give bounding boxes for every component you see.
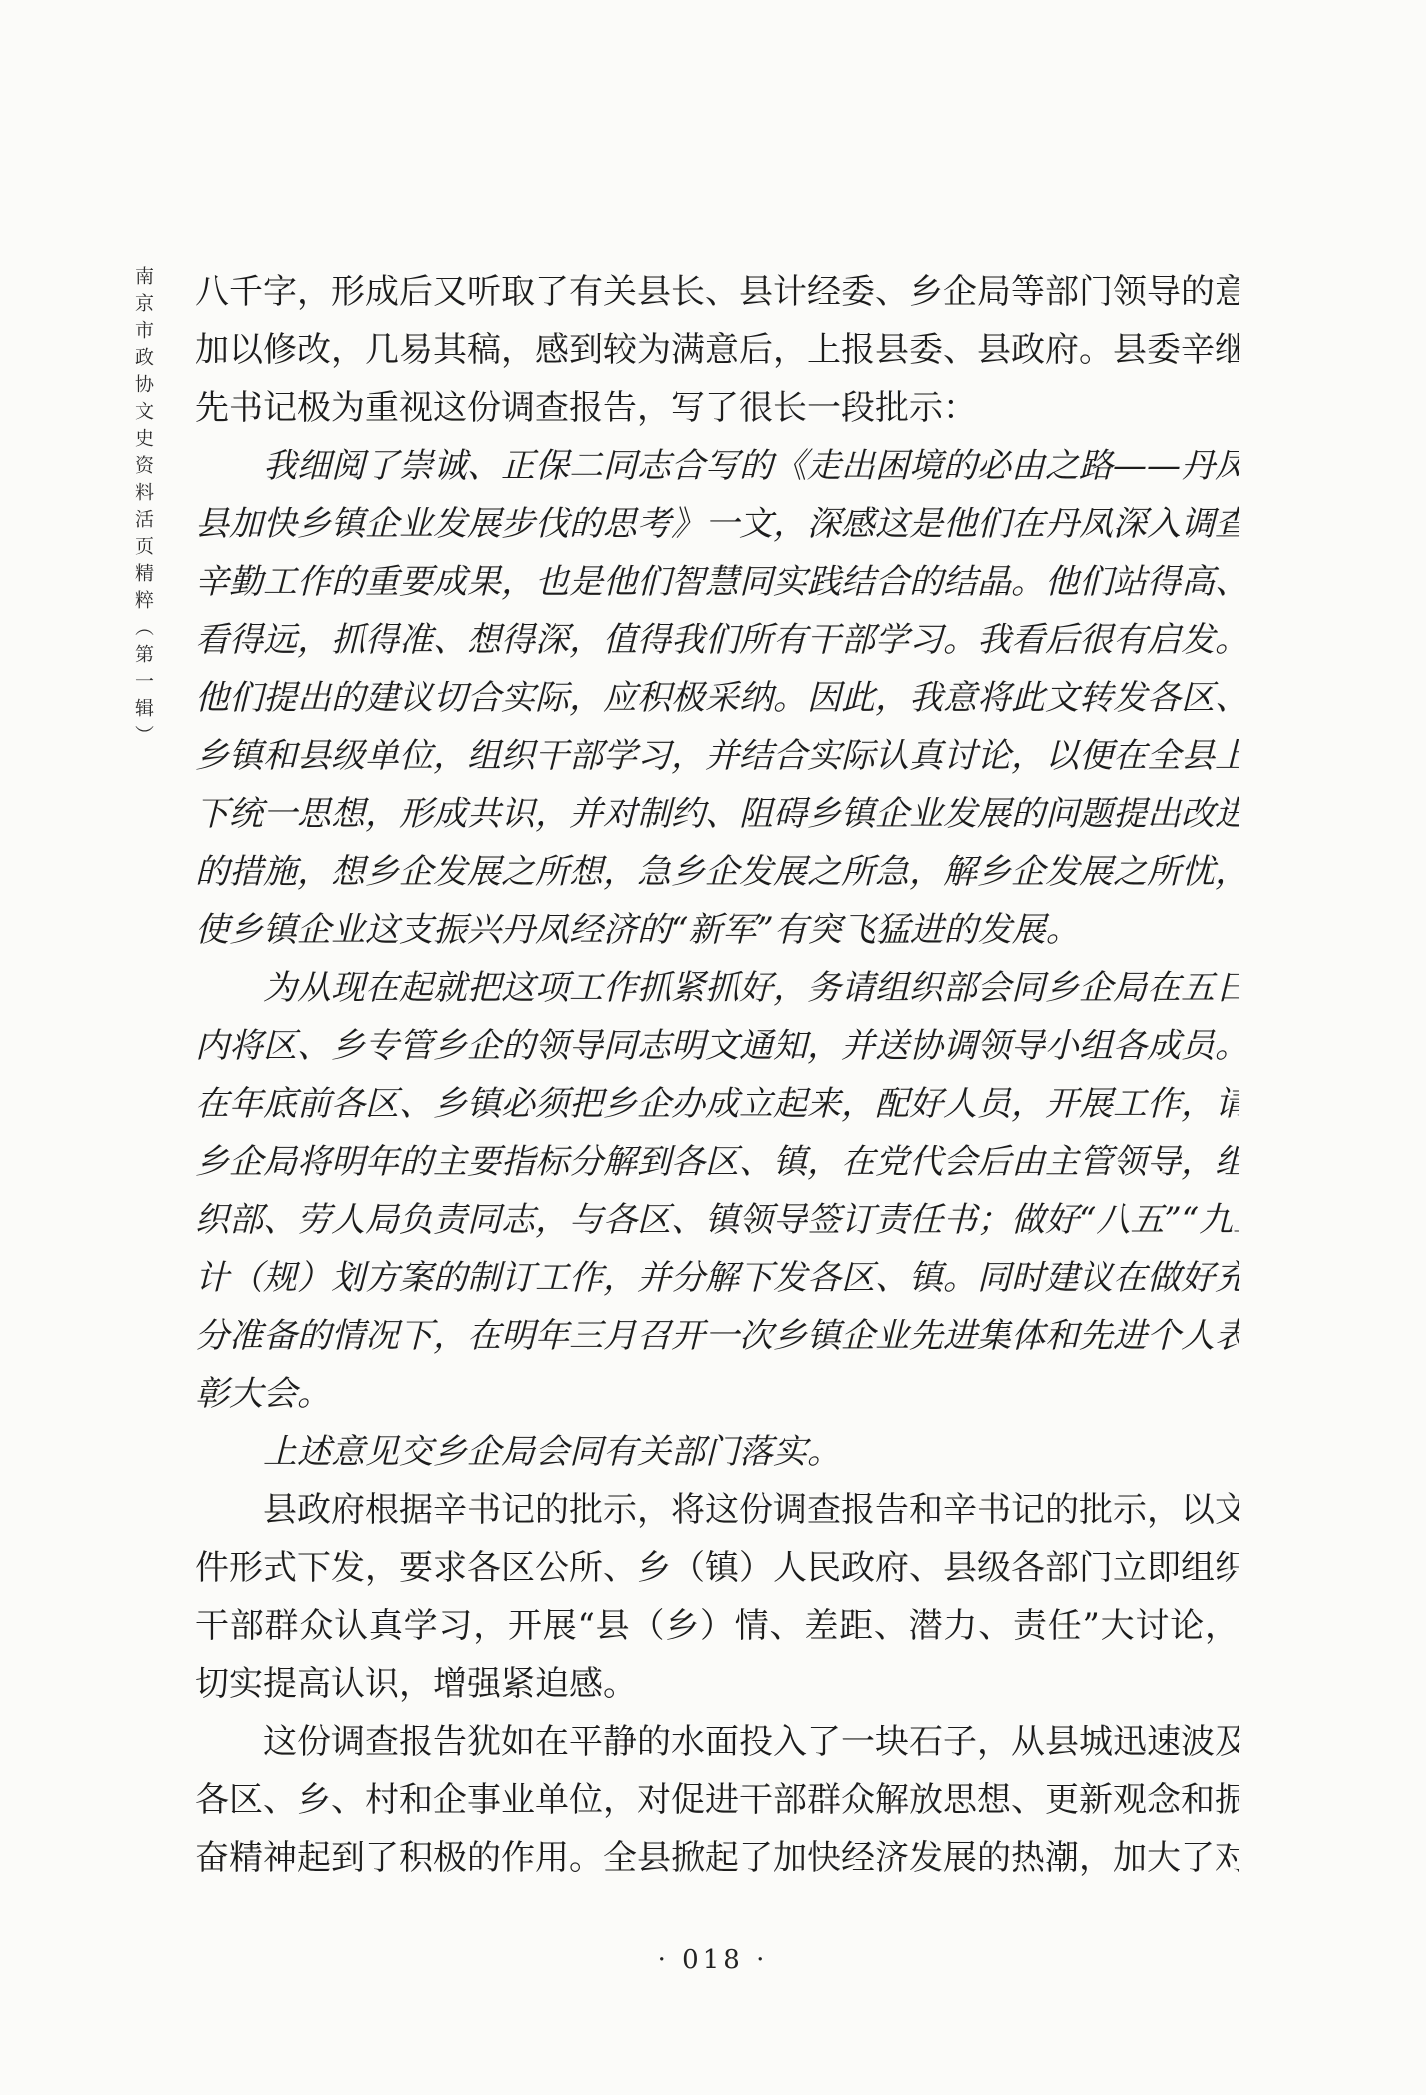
text-line: 计（规）划方案的制订工作，并分解下发各区、镇。同时建议在做好充	[195, 1249, 1239, 1307]
text-line: 我细阅了崇诚、正保二同志合写的《走出困境的必由之路——丹凤	[195, 437, 1239, 495]
text-line: 上述意见交乡企局会同有关部门落实。	[195, 1423, 1239, 1481]
text-line: 织部、劳人局负责同志，与各区、镇领导签订责任书；做好“八五”“九五”	[195, 1191, 1239, 1249]
scanned-book-page: 南京市政协文史资料活页精粹（第一辑） 八千字，形成后又听取了有关县长、县计经委、…	[0, 0, 1426, 2095]
text-line: 辛勤工作的重要成果，也是他们智慧同实践结合的结晶。他们站得高、	[195, 553, 1239, 611]
text-line: 这份调查报告犹如在平静的水面投入了一块石子，从县城迅速波及	[195, 1713, 1239, 1771]
text-line: 加以修改，几易其稿，感到较为满意后，上报县委、县政府。县委辛继	[195, 321, 1239, 379]
text-line: 件形式下发，要求各区公所、乡（镇）人民政府、县级各部门立即组织	[195, 1539, 1239, 1597]
text-line: 先书记极为重视这份调查报告，写了很长一段批示：	[195, 379, 1239, 437]
text-line: 各区、乡、村和企事业单位，对促进干部群众解放思想、更新观念和振	[195, 1771, 1239, 1829]
text-line: 八千字，形成后又听取了有关县长、县计经委、乡企局等部门领导的意见，	[195, 263, 1239, 321]
text-line: 的措施，想乡企发展之所想，急乡企发展之所急，解乡企发展之所忧，	[195, 843, 1239, 901]
text-line: 县加快乡镇企业发展步伐的思考》一文，深感这是他们在丹凤深入调查、	[195, 495, 1239, 553]
text-line: 乡企局将明年的主要指标分解到各区、镇，在党代会后由主管领导，组	[195, 1133, 1239, 1191]
text-line: 为从现在起就把这项工作抓紧抓好，务请组织部会同乡企局在五日	[195, 959, 1239, 1017]
text-line: 彰大会。	[195, 1365, 1239, 1423]
sidebar-vertical-title: 南京市政协文史资料活页精粹（第一辑）	[130, 266, 157, 752]
text-line: 他们提出的建议切合实际，应积极采纳。因此，我意将此文转发各区、	[195, 669, 1239, 727]
text-line: 乡镇和县级单位，组织干部学习，并结合实际认真讨论，以便在全县上	[195, 727, 1239, 785]
text-line: 奋精神起到了积极的作用。全县掀起了加快经济发展的热潮，加大了对	[195, 1829, 1239, 1887]
text-line: 看得远，抓得准、想得深，值得我们所有干部学习。我看后很有启发。	[195, 611, 1239, 669]
text-line: 使乡镇企业这支振兴丹凤经济的“新军”有突飞猛进的发展。	[195, 901, 1239, 959]
text-line: 下统一思想，形成共识，并对制约、阻碍乡镇企业发展的问题提出改进	[195, 785, 1239, 843]
text-line: 分准备的情况下，在明年三月召开一次乡镇企业先进集体和先进个人表	[195, 1307, 1239, 1365]
text-line: 切实提高认识，增强紧迫感。	[195, 1655, 1239, 1713]
text-line: 县政府根据辛书记的批示，将这份调查报告和辛书记的批示，以文	[195, 1481, 1239, 1539]
text-body: 八千字，形成后又听取了有关县长、县计经委、乡企局等部门领导的意见，加以修改，几易…	[195, 263, 1239, 1887]
text-line: 在年底前各区、乡镇必须把乡企办成立起来，配好人员，开展工作，请	[195, 1075, 1239, 1133]
page-number: · 018 ·	[0, 1945, 1426, 1975]
text-line: 干部群众认真学习，开展“县（乡）情、差距、潜力、责任”大讨论，	[195, 1597, 1239, 1655]
text-line: 内将区、乡专管乡企的领导同志明文通知，并送协调领导小组各成员。	[195, 1017, 1239, 1075]
